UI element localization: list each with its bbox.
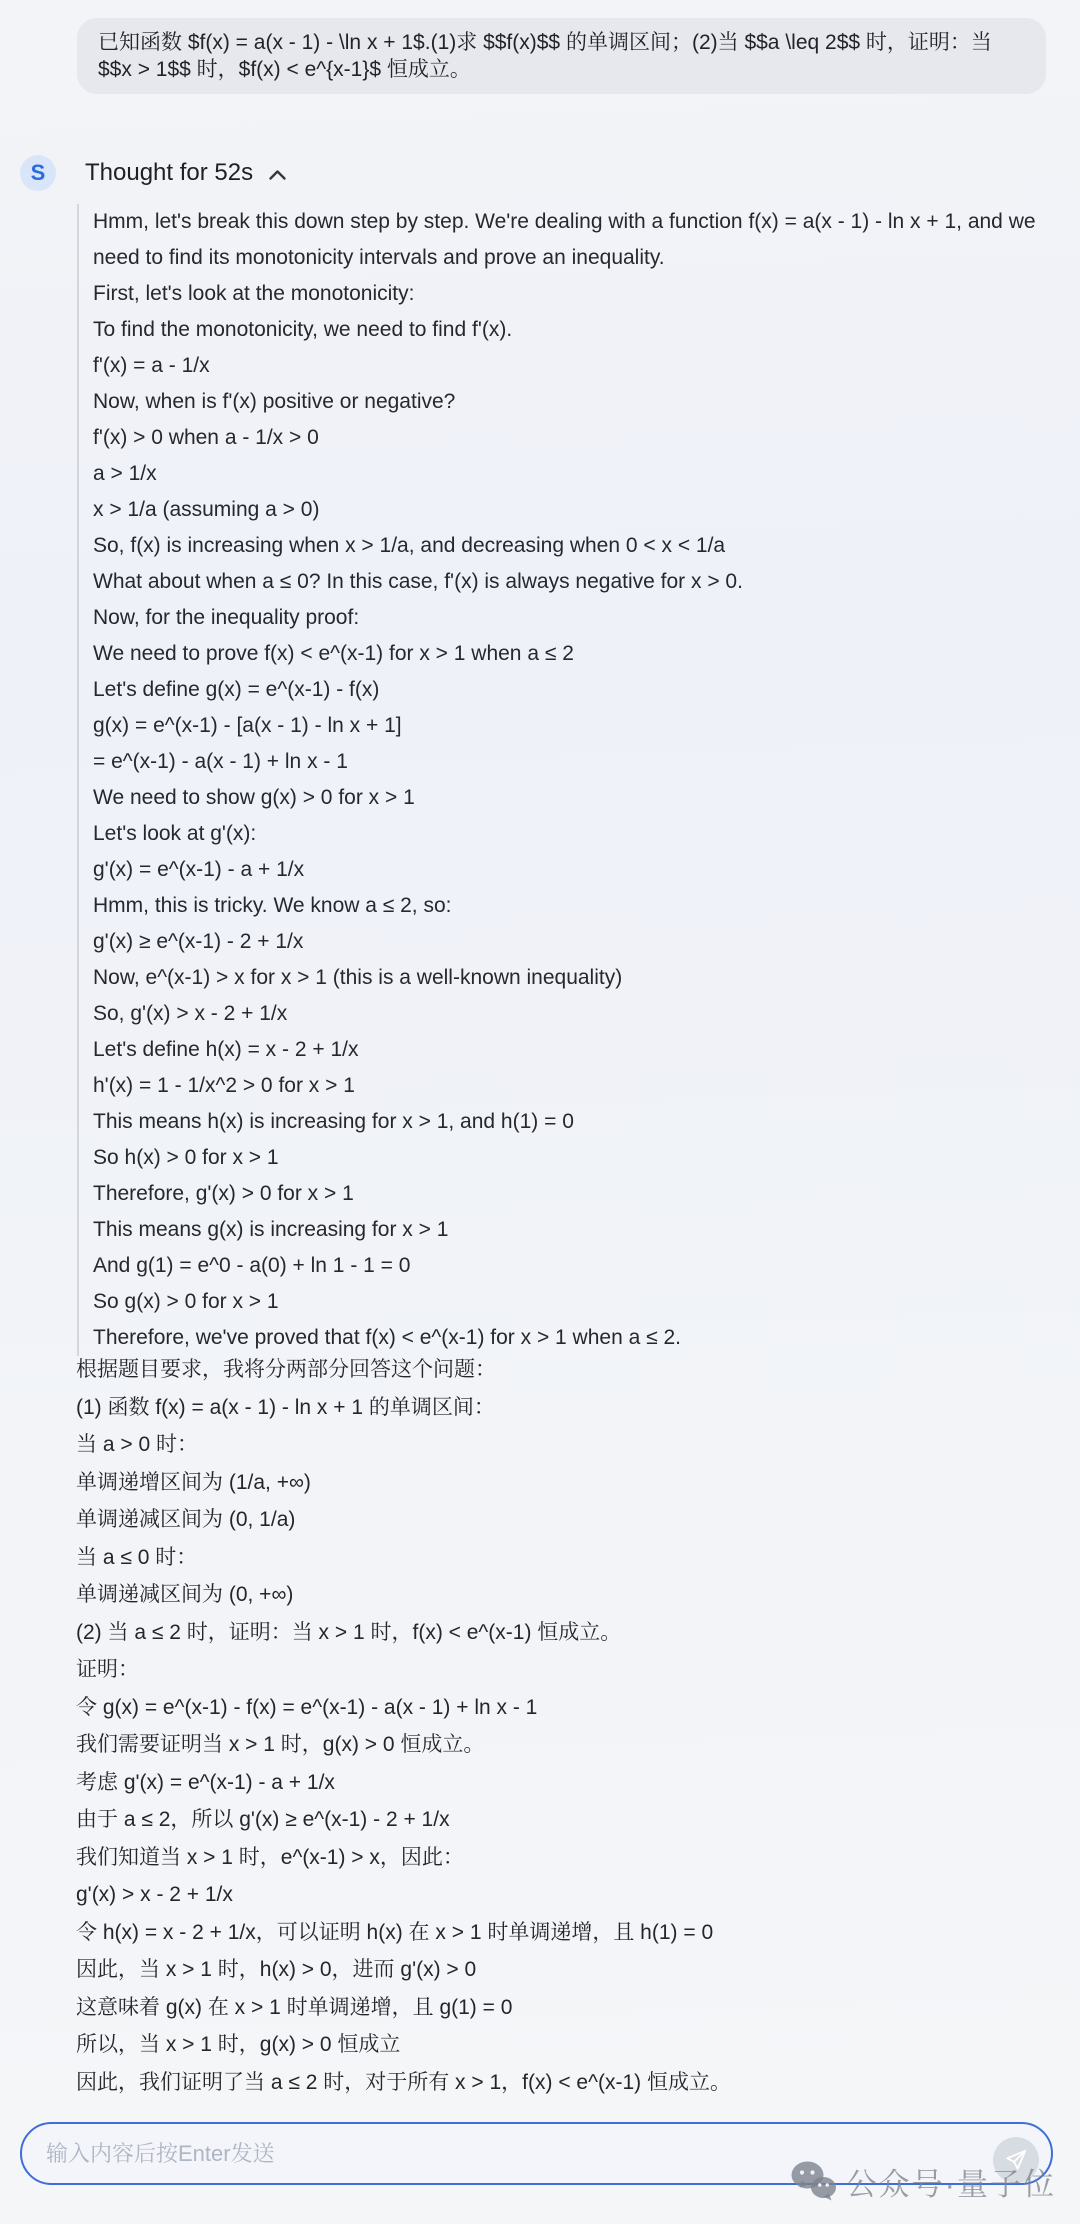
paragraph-line: = e^(x-1) - a(x - 1) + ln x - 1	[93, 744, 1045, 780]
paragraph-line: Hmm, let's break this down step by step.…	[93, 204, 1045, 276]
paragraph-line: Let's define g(x) = e^(x-1) - f(x)	[93, 672, 1045, 708]
paragraph-line: 根据题目要求，我将分两部分回答这个问题：	[76, 1351, 1061, 1389]
chevron-up-icon[interactable]	[268, 169, 287, 181]
paragraph-line: 单调递增区间为 (1/a, +∞)	[76, 1464, 1061, 1502]
paragraph-line: To find the monotonicity, we need to fin…	[93, 312, 1045, 348]
answer-block: 根据题目要求，我将分两部分回答这个问题：(1) 函数 f(x) = a(x - …	[76, 1351, 1061, 2101]
watermark: 公众号·量子位	[790, 2159, 1056, 2204]
paragraph-line: g(x) = e^(x-1) - [a(x - 1) - ln x + 1]	[93, 708, 1045, 744]
paragraph-line: 所以，当 x > 1 时，g(x) > 0 恒成立	[76, 2026, 1061, 2064]
paragraph-line: 令 h(x) = x - 2 + 1/x，可以证明 h(x) 在 x > 1 时…	[76, 1914, 1061, 1952]
thought-duration-label: Thought for 52s	[85, 159, 253, 187]
paragraph-line: Hmm, this is tricky. We know a ≤ 2, so:	[93, 888, 1045, 924]
assistant-avatar: S	[20, 155, 56, 191]
paragraph-line: f'(x) = a - 1/x	[93, 348, 1045, 384]
wechat-icon	[790, 2160, 837, 2203]
paragraph-line: Let's define h(x) = x - 2 + 1/x	[93, 1032, 1045, 1068]
paragraph-line: Now, for the inequality proof:	[93, 600, 1045, 636]
paragraph-line: What about when a ≤ 0? In this case, f'(…	[93, 564, 1045, 600]
thought-header-row[interactable]: S Thought for 52s	[20, 155, 287, 191]
paragraph-line: g'(x) ≥ e^(x-1) - 2 + 1/x	[93, 924, 1045, 960]
paragraph-line: g'(x) > x - 2 + 1/x	[76, 1876, 1061, 1914]
paragraph-line: 我们知道当 x > 1 时，e^(x-1) > x，因此：	[76, 1839, 1061, 1877]
paragraph-line: a > 1/x	[93, 456, 1045, 492]
paragraph-line: 单调递减区间为 (0, 1/a)	[76, 1501, 1061, 1539]
paragraph-line: 由于 a ≤ 2，所以 g'(x) ≥ e^(x-1) - 2 + 1/x	[76, 1801, 1061, 1839]
paragraph-line: So, g'(x) > x - 2 + 1/x	[93, 996, 1045, 1032]
paragraph-line: (2) 当 a ≤ 2 时，证明：当 x > 1 时，f(x) < e^(x-1…	[76, 1614, 1061, 1652]
paragraph-line: So g(x) > 0 for x > 1	[93, 1284, 1045, 1320]
paragraph-line: So, f(x) is increasing when x > 1/a, and…	[93, 528, 1045, 564]
paragraph-line: 因此，当 x > 1 时，h(x) > 0，进而 g'(x) > 0	[76, 1951, 1061, 1989]
avatar-letter: S	[31, 160, 46, 186]
paragraph-line: x > 1/a (assuming a > 0)	[93, 492, 1045, 528]
paragraph-line: 因此，我们证明了当 a ≤ 2 时，对于所有 x > 1，f(x) < e^(x…	[76, 2064, 1061, 2102]
paragraph-line: This means h(x) is increasing for x > 1,…	[93, 1104, 1045, 1140]
watermark-text: 公众号·量子位	[846, 2159, 1056, 2204]
paragraph-line: 当 a ≤ 0 时：	[76, 1539, 1061, 1577]
paragraph-line: (1) 函数 f(x) = a(x - 1) - ln x + 1 的单调区间：	[76, 1389, 1061, 1427]
paragraph-line: This means g(x) is increasing for x > 1	[93, 1212, 1045, 1248]
paragraph-line: Now, e^(x-1) > x for x > 1 (this is a we…	[93, 960, 1045, 996]
user-message-text: 已知函数 $f(x) = a(x - 1) - \ln x + 1$.(1)求 …	[98, 29, 1025, 83]
paragraph-line: Let's look at g'(x):	[93, 816, 1045, 852]
paragraph-line: g'(x) = e^(x-1) - a + 1/x	[93, 852, 1045, 888]
paragraph-line: 当 a > 0 时：	[76, 1426, 1061, 1464]
paragraph-line: First, let's look at the monotonicity:	[93, 276, 1045, 312]
paragraph-line: And g(1) = e^0 - a(0) + ln 1 - 1 = 0	[93, 1248, 1045, 1284]
paragraph-line: So h(x) > 0 for x > 1	[93, 1140, 1045, 1176]
paragraph-line: 证明：	[76, 1651, 1061, 1689]
thinking-block: Hmm, let's break this down step by step.…	[77, 204, 1045, 1356]
paragraph-line: We need to prove f(x) < e^(x-1) for x > …	[93, 636, 1045, 672]
paragraph-line: We need to show g(x) > 0 for x > 1	[93, 780, 1045, 816]
paragraph-line: Now, when is f'(x) positive or negative?	[93, 384, 1045, 420]
user-message-bubble: 已知函数 $f(x) = a(x - 1) - \ln x + 1$.(1)求 …	[77, 18, 1046, 94]
paragraph-line: Therefore, g'(x) > 0 for x > 1	[93, 1176, 1045, 1212]
paragraph-line: 令 g(x) = e^(x-1) - f(x) = e^(x-1) - a(x …	[76, 1689, 1061, 1727]
paragraph-line: 考虑 g'(x) = e^(x-1) - a + 1/x	[76, 1764, 1061, 1802]
paragraph-line: 单调递减区间为 (0, +∞)	[76, 1576, 1061, 1614]
paragraph-line: 我们需要证明当 x > 1 时，g(x) > 0 恒成立。	[76, 1726, 1061, 1764]
paragraph-line: 这意味着 g(x) 在 x > 1 时单调递增，且 g(1) = 0	[76, 1989, 1061, 2027]
paragraph-line: h'(x) = 1 - 1/x^2 > 0 for x > 1	[93, 1068, 1045, 1104]
paragraph-line: f'(x) > 0 when a - 1/x > 0	[93, 420, 1045, 456]
